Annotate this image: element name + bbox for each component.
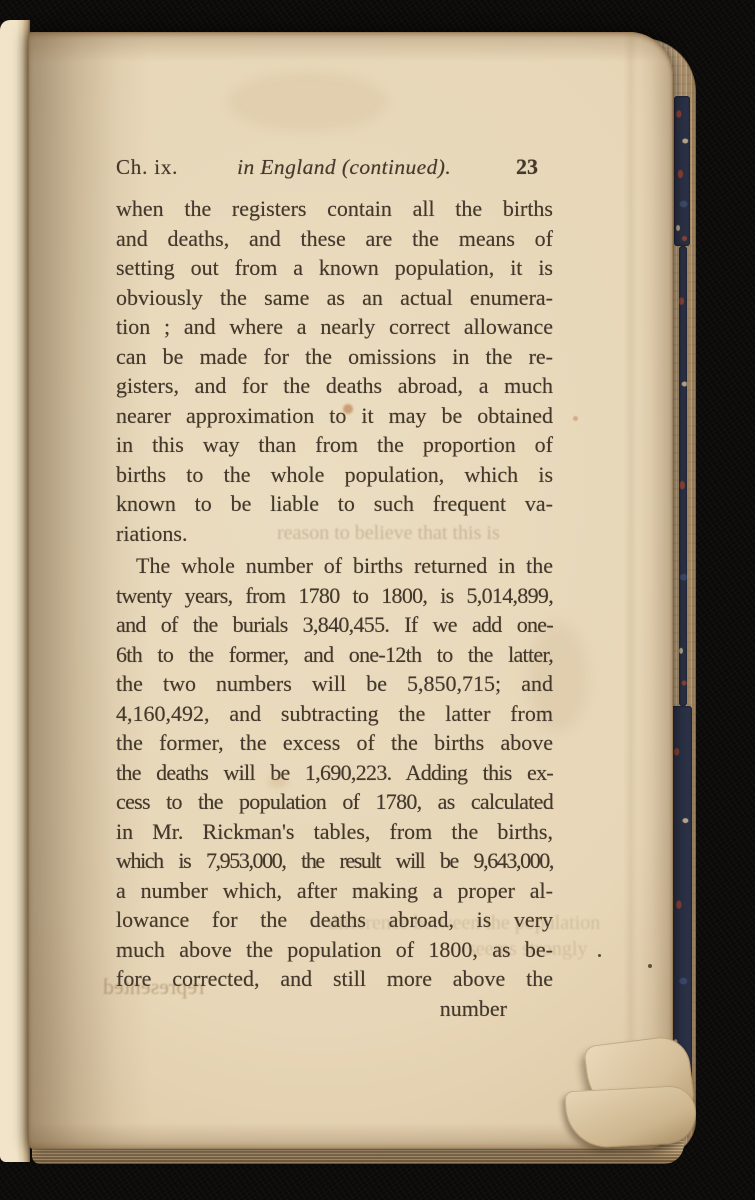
page-edge-shading (635, 32, 673, 1149)
paragraph: when the registers contain all the birth… (116, 194, 553, 548)
catchword: number (116, 994, 553, 1024)
text-line: nearer approximation to it may be obtain… (116, 401, 553, 431)
page-crease (623, 32, 639, 1149)
text-line: the former, the excess of the births abo… (116, 728, 553, 758)
marbled-board-edge (674, 96, 690, 246)
page-corner-curl (565, 1085, 698, 1150)
text-line: gisters, and for the deaths abroad, a mu… (116, 371, 553, 401)
running-title: in England (continued). (178, 155, 516, 180)
marbled-board-edge (679, 246, 687, 706)
text-line: fore corrected, and still more above the (116, 964, 553, 994)
text-line: births to the whole population, which is (116, 460, 553, 490)
text-block: when the registers contain all the birth… (116, 194, 553, 1023)
text-line: twenty years, from 1780 to 1800, is 5,01… (116, 581, 553, 611)
page-edge-shading (28, 32, 673, 62)
text-line: and deaths, and these are the means of (116, 224, 553, 254)
ink-speck (598, 954, 601, 957)
text-line: and of the burials 3,840,455. If we add … (116, 610, 553, 640)
text-line: obviously the same as an actual enumera- (116, 283, 553, 313)
text-line: the two numbers will be 5,850,715; and (116, 669, 553, 699)
text-line: a number which, after making a proper al… (116, 876, 553, 906)
page-number: 23 (516, 154, 540, 180)
chapter-label: Ch. ix. (116, 155, 178, 180)
text-line: 4,160,492, and subtracting the latter fr… (116, 699, 553, 729)
text-line: 6th to the former, and one-12th to the l… (116, 640, 553, 670)
text-line: can be made for the omissions in the re- (116, 342, 553, 372)
paper-mottling (228, 72, 388, 132)
text-line: setting out from a known population, it … (116, 253, 553, 283)
text-line: much above the population of 1800, as be… (116, 935, 553, 965)
text-line: when the registers contain all the birth… (116, 194, 553, 224)
text-line: The whole number of births returned in t… (116, 551, 553, 581)
text-line: in Mr. Rickman's tables, from the births… (116, 817, 553, 847)
running-header: Ch. ix. in England (continued). 23 (116, 154, 540, 180)
text-line: in this way than from the proportion of (116, 430, 553, 460)
text-line: the deaths will be 1,690,223. Adding thi… (116, 758, 553, 788)
marbled-board-edge (670, 706, 692, 1088)
text-line: cess to the population of 1780, as calcu… (116, 787, 553, 817)
text-line: riations. (116, 519, 553, 549)
book-page: Ch. ix. in England (continued). 23 reaso… (28, 32, 673, 1149)
text-line: tion ; and where a nearly correct allowa… (116, 312, 553, 342)
text-line: known to be liable to such frequent va- (116, 489, 553, 519)
foxing-spot (573, 416, 578, 421)
book-photograph: Ch. ix. in England (continued). 23 reaso… (0, 0, 755, 1200)
facing-page-edge (0, 20, 30, 1162)
paragraph: The whole number of births returned in t… (116, 551, 553, 994)
text-line: which is 7,953,000, the result will be 9… (116, 846, 553, 876)
text-line: lowance for the deaths abroad, is very (116, 905, 553, 935)
